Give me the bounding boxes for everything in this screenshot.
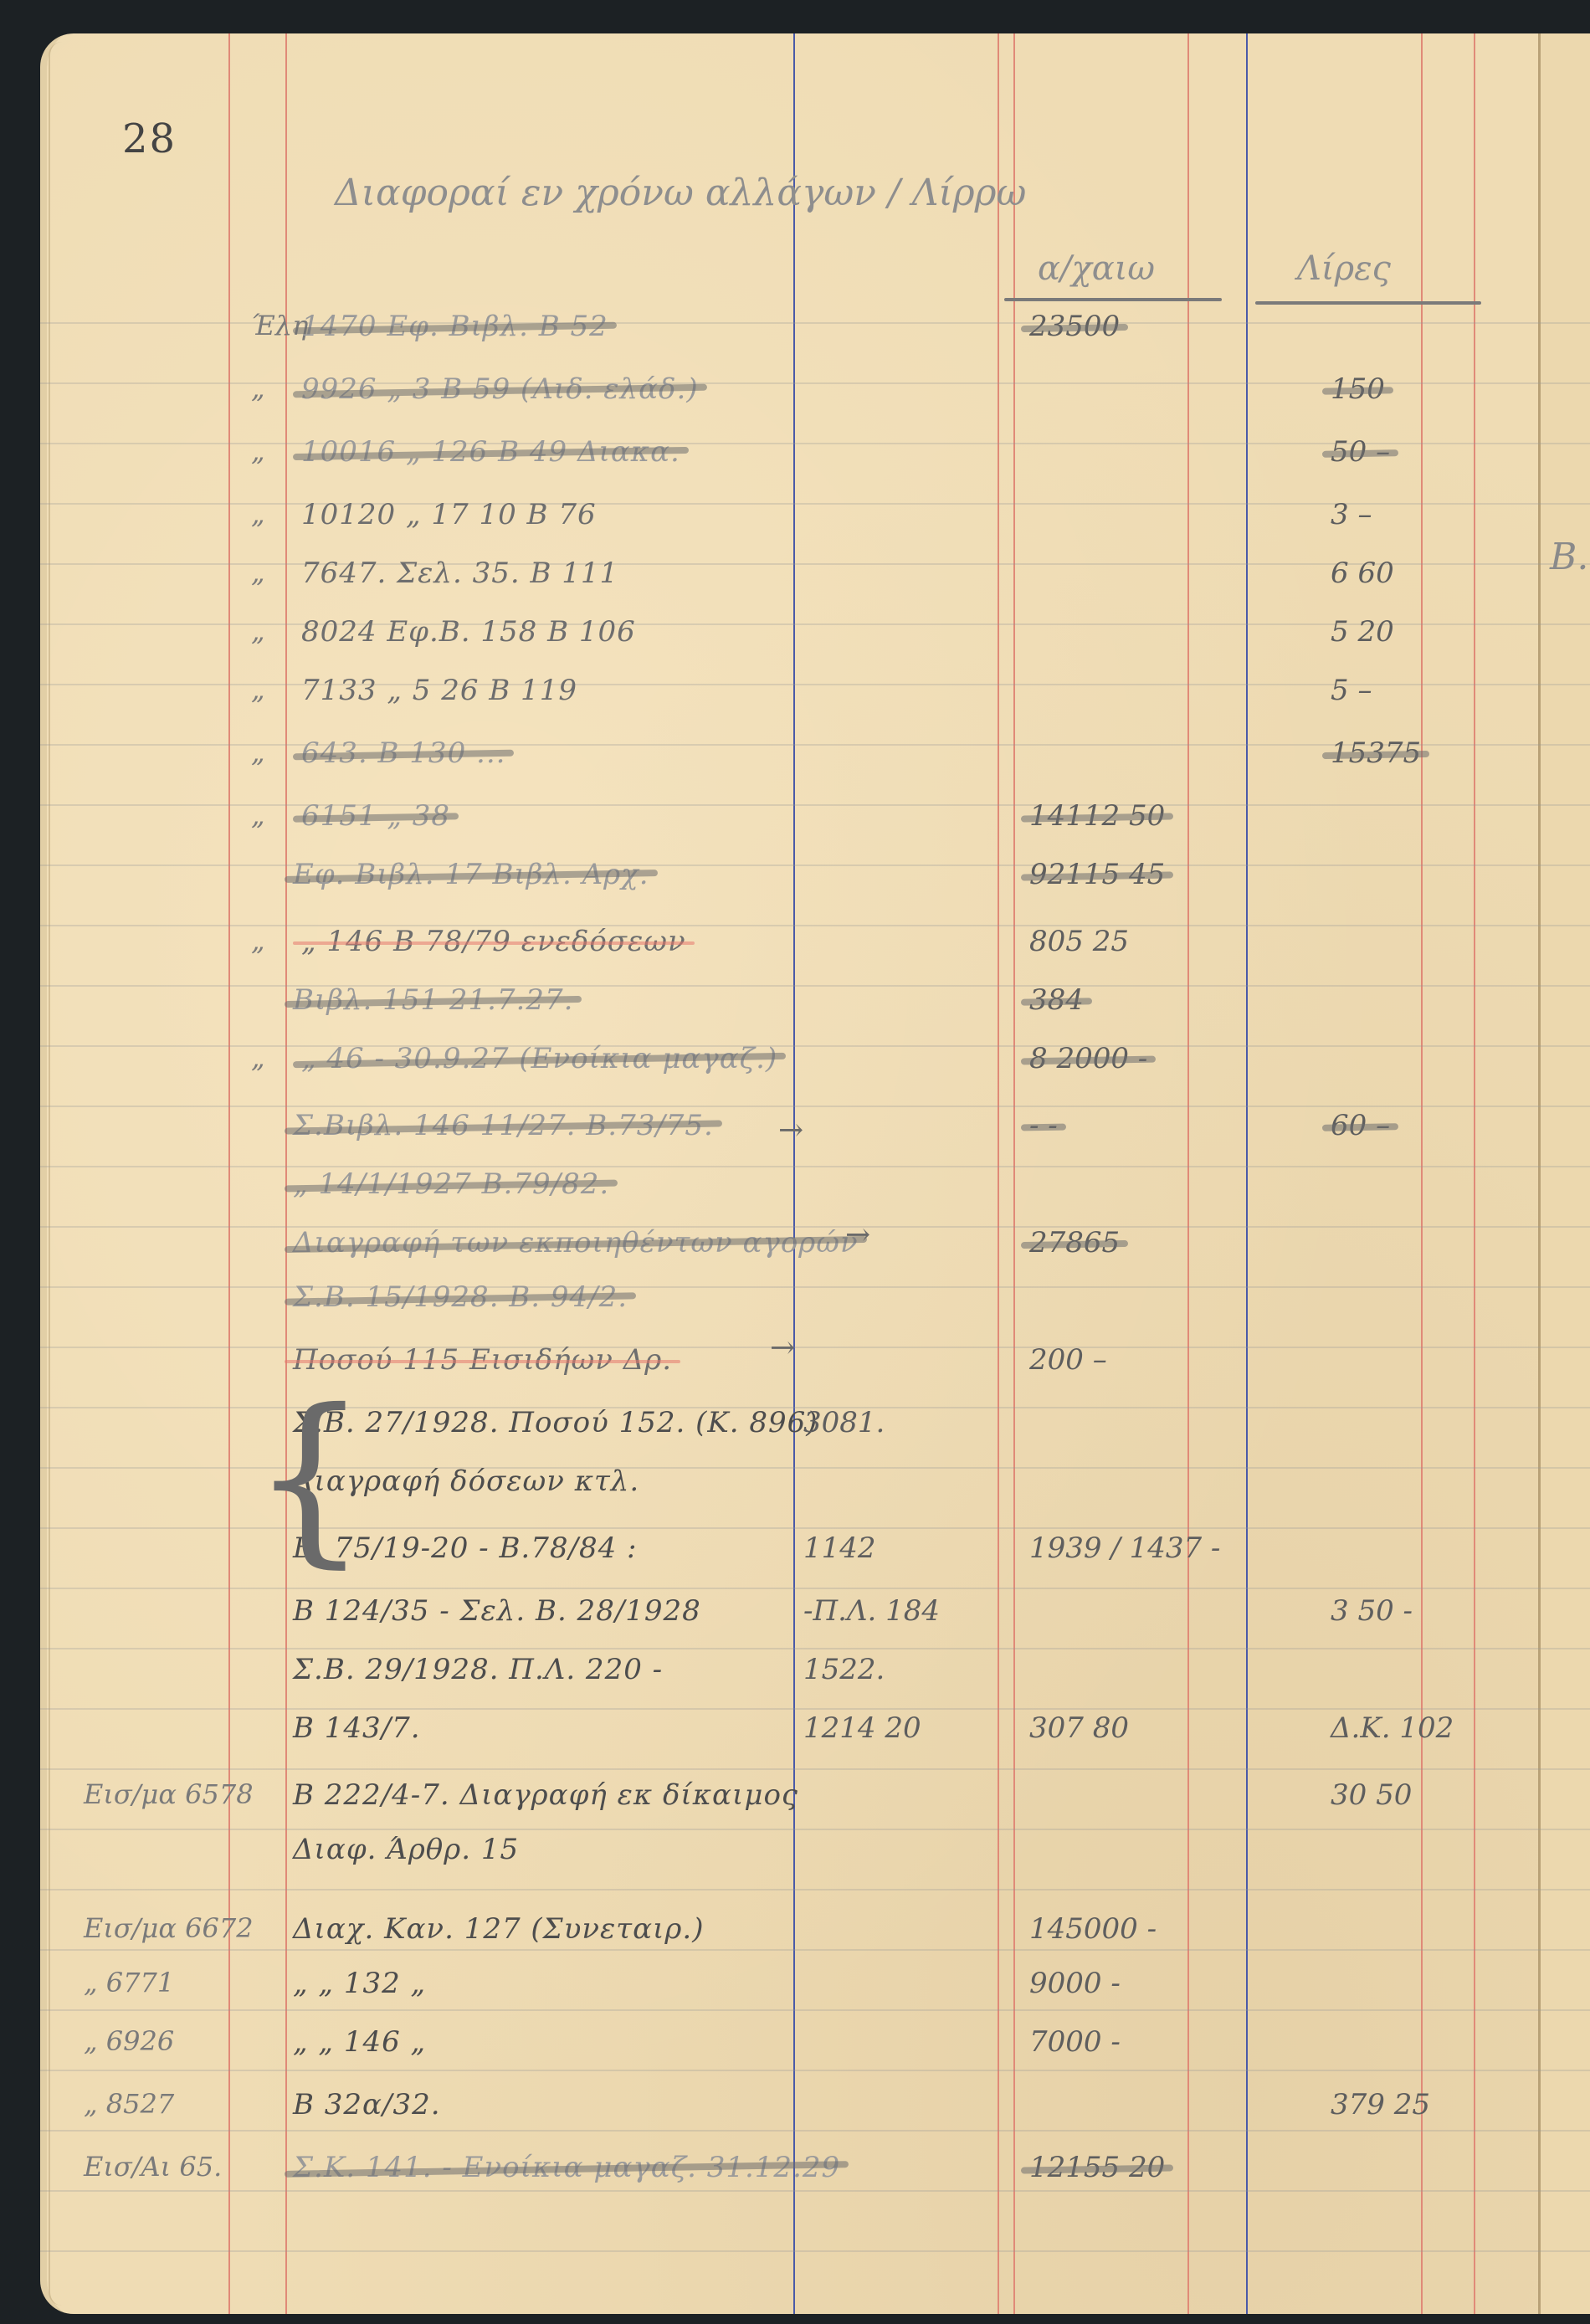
ruling-line xyxy=(40,804,1590,806)
amount-column-1: 12155 20 xyxy=(1029,2151,1165,2184)
column-rule-red xyxy=(998,33,999,2314)
ruling-line xyxy=(40,1347,1590,1348)
amount-column-2: 6 60 xyxy=(1331,557,1394,590)
entry-description: Σ.Β. 27/1928. Ποσού 152. (Κ. 896) xyxy=(293,1406,818,1439)
ruling-line xyxy=(40,1889,1590,1890)
ruling-line xyxy=(40,1588,1590,1589)
column-header-1: α/χαιω xyxy=(1038,249,1155,288)
entry-description: „ 146 Β 78/79 ενεδόσεων xyxy=(301,925,686,958)
entry-description: „ 46 - 30.9.27 (Ενοίκια μαγαζ.) xyxy=(301,1042,777,1075)
amount-column-2: 5 20 xyxy=(1331,615,1394,649)
amount-column-2: 3 50 - xyxy=(1331,1594,1413,1628)
amount-column-2: 3 – xyxy=(1331,498,1372,531)
entry-description: 643. Β 130 ... xyxy=(301,736,505,770)
amount-column-2: 60 – xyxy=(1331,1109,1390,1142)
entry-description: Εφ. Βιβλ. 17 Βιβλ. Αρχ. xyxy=(293,858,649,891)
entry-description: „ „ 132 „ xyxy=(293,1967,426,2000)
entry-reference: „ xyxy=(251,615,265,647)
ruling-line xyxy=(40,1949,1590,1951)
entry-description: Σ.Β. 15/1928. Β. 94/2. xyxy=(293,1280,628,1314)
entry-reference: „ xyxy=(251,674,265,705)
ruling-line xyxy=(40,1286,1590,1288)
entry-reference: „ 8527 xyxy=(84,2088,174,2120)
entry-description: Β 143/7. xyxy=(293,1711,421,1745)
facing-page-edge xyxy=(1538,33,1590,2314)
entry-description: 9926 „ 3 Β 59 (Λιδ. ελάδ.) xyxy=(301,372,699,406)
entry-reference: „ xyxy=(251,498,265,530)
ruling-line xyxy=(40,864,1590,866)
column-header-underline xyxy=(1004,298,1222,301)
column-header-2: Λίρες xyxy=(1297,249,1391,288)
ruling-line xyxy=(40,2190,1590,2192)
margin-rule-red xyxy=(285,33,287,2314)
facing-page-scribble: Β... xyxy=(1550,536,1590,578)
ruling-line xyxy=(40,1045,1590,1047)
entry-reference: „ 6771 xyxy=(84,1967,174,1998)
margin-rule-red xyxy=(228,33,230,2314)
amount-column-1: 8 2000 - xyxy=(1029,1042,1147,1075)
entry-reference: Εισ/μα 6672 xyxy=(84,1912,254,1944)
entry-reference: „ xyxy=(251,557,265,588)
amount-column-1: - - xyxy=(1029,1109,1058,1142)
entry-description: Β 124/35 - Σελ. Β. 28/1928 xyxy=(293,1594,701,1628)
entry-reference: „ xyxy=(251,1042,265,1074)
entry-description: 1470 Εφ. Βιβλ. Β 52 xyxy=(301,310,608,343)
amount-column-2: 30 50 xyxy=(1331,1778,1412,1812)
entry-description: Διαγραφή των εκποιηθέντων αγορών xyxy=(293,1226,859,1259)
entry-reference: „ xyxy=(251,736,265,768)
column-header-underline xyxy=(1255,301,1481,305)
subtotal-amount: -Π.Λ. 184 xyxy=(803,1594,940,1628)
arrow-right-icon: → xyxy=(845,1218,870,1252)
amount-column-1: 27865 xyxy=(1029,1226,1120,1259)
amount-column-1: 92115 45 xyxy=(1029,858,1165,891)
ruling-line xyxy=(40,925,1590,926)
ruling-line xyxy=(40,1648,1590,1649)
page-stack-edge xyxy=(49,42,62,2306)
entry-description: 10016 „ 126 Β 49 Διακα. xyxy=(301,435,680,469)
entry-reference: „ xyxy=(251,799,265,831)
column-rule-red xyxy=(1013,33,1015,2314)
entry-description: Σ.Βιβλ. 146 11/27. Β.73/75. xyxy=(293,1109,714,1142)
amount-column-2: 15375 xyxy=(1331,736,1421,770)
column-rule-blue xyxy=(1246,33,1248,2314)
amount-column-1: 145000 - xyxy=(1029,1912,1157,1946)
column-rule-blue xyxy=(793,33,795,2314)
amount-column-1: 307 80 xyxy=(1029,1711,1129,1745)
page-heading: Διαφοραί εν χρόνω αλλάγων / Λίρρω xyxy=(335,172,1026,214)
entry-description: Β 32α/32. xyxy=(293,2088,441,2121)
arrow-right-icon: → xyxy=(778,1113,803,1147)
amount-column-1: 14112 50 xyxy=(1029,799,1165,833)
entry-description: Β 222/4-7. Διαγραφή εκ δίκαιμος xyxy=(293,1778,798,1812)
subtotal-amount: 1142 xyxy=(803,1531,876,1565)
amount-column-2: 5 – xyxy=(1331,674,1372,707)
entry-description: 10120 „ 17 10 Β 76 xyxy=(301,498,597,531)
column-rule-red xyxy=(1187,33,1189,2314)
entry-reference: Έλη xyxy=(251,310,308,341)
entry-description: Διαφ. Άρθρ. 15 xyxy=(293,1833,519,1866)
entry-reference: Εισ/Αι 65. xyxy=(84,2151,222,2183)
entry-description: „ „ 146 „ xyxy=(293,2025,426,2059)
entry-description: 7133 „ 5 26 Β 119 xyxy=(301,674,577,707)
amount-column-1: 7000 - xyxy=(1029,2025,1121,2059)
ruling-line xyxy=(40,1106,1590,1107)
entry-description: 7647. Σελ. 35. Β 111 xyxy=(301,557,618,590)
column-rule-red xyxy=(1474,33,1475,2314)
amount-column-1: 9000 - xyxy=(1029,1967,1121,2000)
ruling-line xyxy=(40,1166,1590,1167)
subtotal-amount: 3081. xyxy=(803,1406,885,1439)
subtotal-amount: 1214 20 xyxy=(803,1711,921,1745)
ruling-line xyxy=(40,1768,1590,1770)
amount-column-1: 23500 xyxy=(1029,310,1120,343)
entry-reference: „ xyxy=(251,372,265,404)
amount-column-2: 150 xyxy=(1331,372,1385,406)
entry-reference: Εισ/μα 6578 xyxy=(84,1778,254,1810)
amount-column-1: 384 xyxy=(1029,983,1084,1017)
amount-column-2: 379 25 xyxy=(1331,2088,1430,2121)
grouping-brace: { xyxy=(251,1385,368,1569)
ruling-line xyxy=(40,2250,1590,2252)
entry-description: Διαχ. Καν. 127 (Συνεταιρ.) xyxy=(293,1912,704,1946)
amount-column-2: Δ.Κ. 102 xyxy=(1331,1711,1454,1745)
ruling-line xyxy=(40,2009,1590,2011)
entry-description: Βιβλ. 151 21.7.27. xyxy=(293,983,573,1017)
entry-description: 6151 „ 38 xyxy=(301,799,450,833)
entry-reference: „ xyxy=(251,925,265,957)
subtotal-amount: 1522. xyxy=(803,1653,885,1686)
amount-column-1: 805 25 xyxy=(1029,925,1129,958)
ruling-line xyxy=(40,985,1590,987)
page-number: 28 xyxy=(122,115,177,162)
ruling-line xyxy=(40,2070,1590,2071)
arrow-right-icon: → xyxy=(770,1331,795,1365)
ruling-line xyxy=(40,2130,1590,2132)
entry-reference: „ xyxy=(251,435,265,467)
amount-column-2: 50 – xyxy=(1331,435,1390,469)
entry-description: Σ.Β. 29/1928. Π.Λ. 220 - xyxy=(293,1653,663,1686)
entry-description: 8024 Εφ.Β. 158 Β 106 xyxy=(301,615,636,649)
amount-column-1: 200 – xyxy=(1029,1343,1107,1377)
column-rule-red xyxy=(1421,33,1423,2314)
entry-description: Σ.Κ. 141. - Ενοίκια μαγαζ. 31.12.29 xyxy=(293,2151,840,2184)
entry-reference: „ 6926 xyxy=(84,2025,174,2057)
ruling-line xyxy=(40,1708,1590,1710)
ruling-line xyxy=(40,1829,1590,1830)
amount-column-1: 1939 / 1437 - xyxy=(1029,1531,1220,1565)
entry-description: „ 14/1/1927 Β.79/82. xyxy=(293,1167,609,1201)
